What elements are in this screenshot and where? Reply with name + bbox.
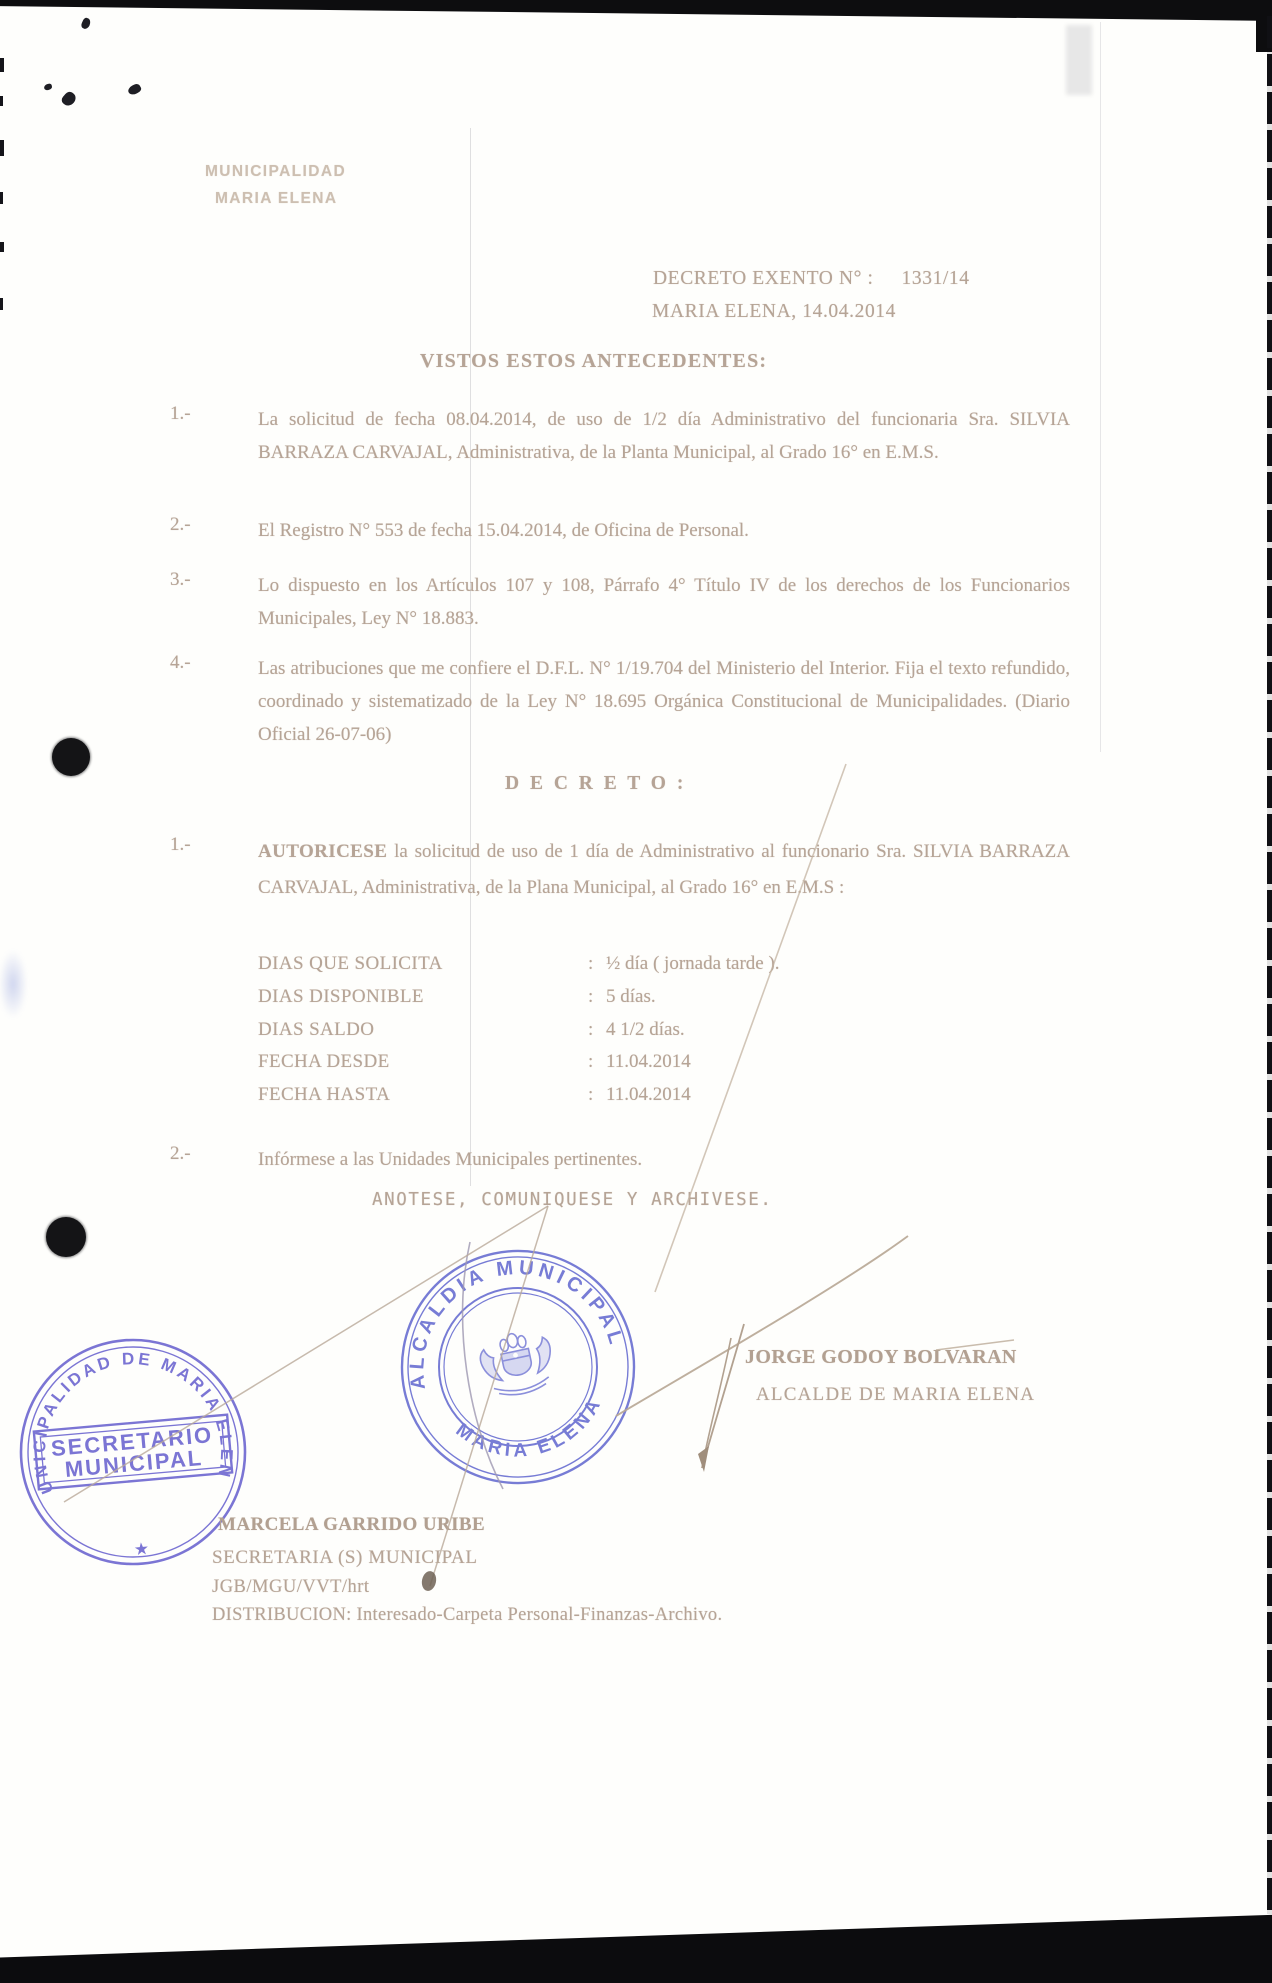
scan-left-tick <box>0 242 4 252</box>
star-icon: ★ <box>133 1539 150 1559</box>
scan-right-perforation <box>1267 16 1272 1914</box>
detail-label: FECHA DESDE <box>258 1051 588 1073</box>
decreto-item-text: Infórmese a las Unidades Municipales per… <box>258 1143 1070 1176</box>
decree-number-line: DECRETO EXENTO N° :1331/14 <box>653 268 970 290</box>
ink-blot <box>420 1570 438 1592</box>
punch-hole <box>52 738 90 776</box>
ink-speck <box>43 83 52 91</box>
alcaldia-stamp: ALCALDIA MUNICIPAL MARIA ELENA <box>364 1213 672 1521</box>
scan-top-edge-bar <box>0 0 1272 22</box>
letterhead: MUNICIPALIDAD MARIA ELENA <box>205 158 346 212</box>
detail-row: DIAS QUE SOLICITA:½ día ( jornada tarde … <box>258 953 780 986</box>
letterhead-city: MARIA ELENA <box>205 185 346 212</box>
detail-value: 11.04.2014 <box>606 1084 691 1106</box>
detail-value: 4 1/2 días. <box>606 1019 685 1041</box>
detail-row: DIAS DISPONIBLE:5 días. <box>258 986 780 1019</box>
ink-speck <box>60 90 78 108</box>
decree-number-value: 1331/14 <box>902 268 970 289</box>
detail-label: DIAS QUE SOLICITA <box>258 953 588 975</box>
decreto-item-number: 2.- <box>170 1143 230 1165</box>
pen-stroke <box>698 1446 709 1472</box>
initials-line: JGB/MGU/VVT/hrt <box>212 1577 370 1598</box>
detail-label: DIAS DISPONIBLE <box>258 986 588 1008</box>
decreto-item-text: AUTORICESE la solicitud de uso de 1 día … <box>258 834 1070 906</box>
scan-left-tick <box>0 192 3 204</box>
detail-label: DIAS SALDO <box>258 1019 588 1041</box>
secretaria-name: MARCELA GARRIDO URIBE <box>218 1514 485 1536</box>
secretaria-title: SECRETARIA (S) MUNICIPAL <box>212 1547 478 1569</box>
scan-smudge <box>1066 25 1092 95</box>
decreto-item-number: 1.- <box>170 834 230 856</box>
decree-place-date: MARIA ELENA, 14.04.2014 <box>652 301 896 323</box>
detail-row: FECHA HASTA:11.04.2014 <box>258 1084 780 1117</box>
letterhead-org: MUNICIPALIDAD <box>205 158 346 185</box>
scan-left-tick <box>0 58 4 72</box>
closing-formula: ANOTESE, COMUNIQUESE Y ARCHIVESE. <box>372 1190 772 1210</box>
distribution-line: DISTRIBUCION: Interesado-Carpeta Persona… <box>212 1605 722 1626</box>
detail-row: DIAS SALDO:4 1/2 días. <box>258 1019 780 1052</box>
detail-value: ½ día ( jornada tarde ). <box>606 953 780 975</box>
detail-row: FECHA DESDE:11.04.2014 <box>258 1051 780 1084</box>
svg-text:MARIA ELENA: MARIA ELENA <box>449 1390 615 1476</box>
antecedente-text: La solicitud de fecha 08.04.2014, de uso… <box>258 403 1070 469</box>
detail-separator: : <box>588 953 606 975</box>
alcalde-name: JORGE GODOY BOLVARAN <box>745 1346 1017 1369</box>
alcaldia-stamp-arc-bottom-text: MARIA ELENA <box>449 1390 615 1476</box>
coat-of-arms-icon <box>476 1326 558 1400</box>
detail-separator: : <box>588 1051 606 1073</box>
antecedente-number: 3.- <box>170 569 230 591</box>
vistos-heading: VISTOS ESTOS ANTECEDENTES: <box>420 350 767 373</box>
scan-left-tick <box>0 298 3 310</box>
scanned-decree-page: MUNICIPALIDAD MARIA ELENA DECRETO EXENTO… <box>0 0 1272 1983</box>
scan-bottom-edge-bar <box>0 1912 1272 1983</box>
alcalde-title: ALCALDE DE MARIA ELENA <box>756 1384 1035 1406</box>
antecedente-text: Lo dispuesto en los Artículos 107 y 108,… <box>258 569 1070 635</box>
scan-left-tick <box>0 96 3 106</box>
detail-separator: : <box>588 1084 606 1106</box>
detail-separator: : <box>588 1019 606 1041</box>
detail-separator: : <box>588 986 606 1008</box>
punch-hole <box>46 1217 86 1257</box>
detail-value: 5 días. <box>606 986 656 1008</box>
detail-value: 11.04.2014 <box>606 1051 691 1073</box>
decreto-heading: D E C R E T O : <box>505 773 686 795</box>
antecedente-number: 2.- <box>170 514 230 536</box>
pen-stroke <box>702 1324 744 1468</box>
detail-label: FECHA HASTA <box>258 1084 588 1106</box>
antecedente-text: El Registro N° 553 de fecha 15.04.2014, … <box>258 514 1070 547</box>
ink-speck <box>127 82 143 96</box>
antecedente-text: Las atribuciones que me confiere el D.F.… <box>258 652 1070 751</box>
antecedente-number: 4.- <box>170 652 230 674</box>
request-details-table: DIAS QUE SOLICITA:½ día ( jornada tarde … <box>258 953 780 1117</box>
ink-smudge <box>0 938 32 1030</box>
alcaldia-stamp-icon: ALCALDIA MUNICIPAL MARIA ELENA <box>364 1213 672 1521</box>
decreto-item-lead: AUTORICESE <box>258 841 387 862</box>
ink-speck <box>80 17 92 30</box>
decree-number-label: DECRETO EXENTO N° : <box>653 268 874 289</box>
pen-stroke <box>702 1338 731 1468</box>
scan-left-tick <box>0 140 4 156</box>
antecedente-number: 1.- <box>170 403 230 425</box>
scan-fold-line <box>1100 22 1101 752</box>
